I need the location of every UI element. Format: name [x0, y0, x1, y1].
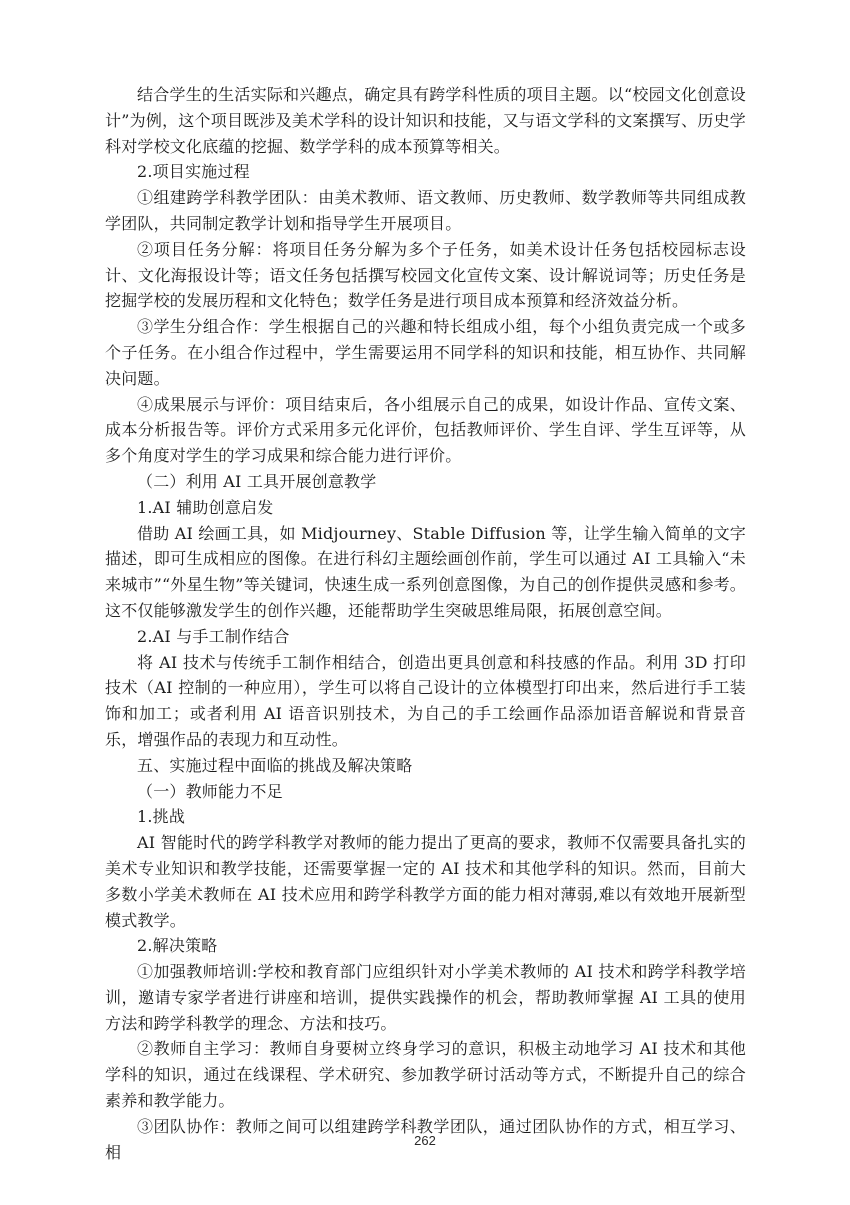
paragraph: AI 智能时代的跨学科教学对教师的能力提出了更高的要求，教师不仅需要具备扎实的美… — [105, 830, 746, 933]
paragraph: 五、实施过程中面临的挑战及解决策略 — [105, 753, 746, 779]
document-page: 结合学生的生活实际和兴趣点，确定具有跨学科性质的项目主题。以“校园文化创意设计”… — [0, 0, 850, 1205]
paragraph: 1.AI 辅助创意启发 — [105, 495, 746, 521]
paragraph: 2.解决策略 — [105, 933, 746, 959]
paragraph: 借助 AI 绘画工具，如 Midjourney、Stable Diffusion… — [105, 521, 746, 624]
paragraph: 将 AI 技术与传统手工制作相结合，创造出更具创意和科技感的作品。利用 3D 打… — [105, 650, 746, 753]
paragraph: （二）利用 AI 工具开展创意教学 — [105, 469, 746, 495]
paragraph: ①加强教师培训:学校和教育部门应组织针对小学美术教师的 AI 技术和跨学科教学培… — [105, 959, 746, 1036]
document-body: 结合学生的生活实际和兴趣点，确定具有跨学科性质的项目主题。以“校园文化创意设计”… — [105, 82, 746, 1165]
paragraph: ①组建跨学科教学团队：由美术教师、语文教师、历史教师、数学教师等共同组成教学团队… — [105, 185, 746, 237]
paragraph: 结合学生的生活实际和兴趣点，确定具有跨学科性质的项目主题。以“校园文化创意设计”… — [105, 82, 746, 159]
paragraph: ②项目任务分解：将项目任务分解为多个子任务，如美术设计任务包括校园标志设计、文化… — [105, 237, 746, 314]
page-footer: 262 — [0, 1130, 850, 1149]
paragraph: 2.AI 与手工制作结合 — [105, 624, 746, 650]
paragraph: ③学生分组合作：学生根据自己的兴趣和特长组成小组，每个小组负责完成一个或多个子任… — [105, 314, 746, 391]
paragraph: 2.项目实施过程 — [105, 159, 746, 185]
page-number: 262 — [414, 1133, 436, 1148]
paragraph: （一）教师能力不足 — [105, 779, 746, 805]
paragraph: ④成果展示与评价：项目结束后，各小组展示自己的成果，如设计作品、宣传文案、成本分… — [105, 392, 746, 469]
paragraph: 1.挑战 — [105, 804, 746, 830]
paragraph: ②教师自主学习：教师自身要树立终身学习的意识，积极主动地学习 AI 技术和其他学… — [105, 1036, 746, 1113]
